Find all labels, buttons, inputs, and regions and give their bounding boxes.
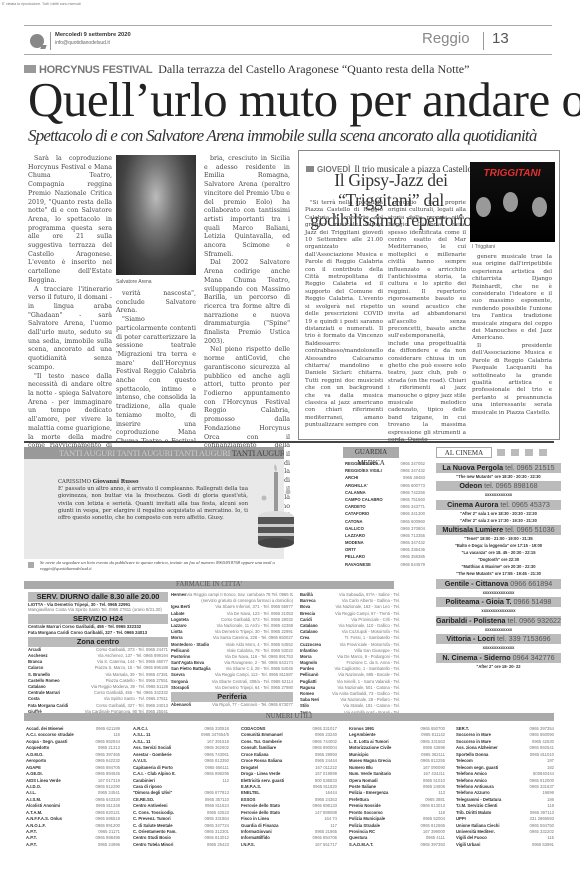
contact-email[interactable]: info@quotidianodelsud.it xyxy=(55,40,110,46)
numeri-utili-title: NUMERI UTILI xyxy=(24,713,554,721)
photo-caption: Salvatore Arena xyxy=(116,279,152,285)
section-divider xyxy=(24,441,554,443)
diurno-text: Mangiavillano Costa Via Spirito Santo Te… xyxy=(28,607,168,612)
cinema-name: La Nuova Pergola tel. 0965 21515 xyxy=(436,463,561,473)
periferia-title: Periferia xyxy=(171,692,293,702)
showtime: xxxxxxxxxxxxxx xyxy=(436,644,561,651)
copyright-notice: E' vietata la riproduzione. Tutti i diri… xyxy=(2,2,81,6)
showtime: "Balto e Doga: la leggenda" ore 17:15 - … xyxy=(436,542,561,549)
square-bullet-icon xyxy=(28,562,34,568)
header-divider xyxy=(50,32,51,50)
cinema-name: Multisala Lumiere tel. 0965 51036 xyxy=(436,525,561,535)
cinema-title: AL CINEMA xyxy=(436,447,492,458)
list-item: REGGIO/EX ECA0965 347052 xyxy=(345,460,425,467)
list-item: S.A.D.M.A.T.0965 397393 xyxy=(349,842,445,848)
list-item: CALANNA0965 742256 xyxy=(345,489,425,496)
farmacie-turno: SERV. DIURNO dalle 8.30 alle 20.00 LIOTT… xyxy=(28,592,168,715)
headline: Quell’urlo muto per andare oltre xyxy=(28,72,580,128)
list-item: A.P.T.0965 24996 xyxy=(26,842,120,848)
list-item: PELLARO0965 358385 xyxy=(345,553,425,560)
list-item: I.N.P.S.167 551717 xyxy=(241,842,337,848)
sidebar-column-2: orgoglio le proprie origini culturali, l… xyxy=(388,200,466,444)
list-item: AbenavoliVia Ripoli, 77 - Cannavò - Tel.… xyxy=(171,702,293,708)
sidebar-column-1: "Si terrà nella splendida Piazza Castell… xyxy=(305,200,383,430)
h24-title: SERVIZIO H24 xyxy=(28,614,168,624)
guardia-medica-list: REGGIO/EX ECA0965 347052 REGGIO/EX VIGIL… xyxy=(345,460,425,568)
paragraph: verità nascosta", conclude Salvatore Are… xyxy=(116,290,196,316)
birthday-name: Giovanni Russo xyxy=(93,479,139,485)
newspaper-logo-icon xyxy=(30,34,44,48)
cinema-listings: La Nuova Pergola tel. 0965 21515 "The ne… xyxy=(436,461,561,670)
birthday-banner: TANTI AUGURI TANTI AUGURI TANTI AUGURI T… xyxy=(24,447,284,459)
showtime: xxxxxxxxxxxxxx xyxy=(436,589,561,596)
square-decoration-icon xyxy=(539,449,547,456)
paragraph: A tracciare l'itinerario verso il futuro… xyxy=(28,286,112,373)
zona-centro-title: Zona centro xyxy=(28,637,168,647)
showtime: "Dogtooth" ore 22:30 xyxy=(436,556,561,563)
cinema-name: Odeon tel. 0965 898168 xyxy=(436,481,561,491)
cinema-name: Cinema Aurora tel. 0965 45373 xyxy=(436,500,561,510)
farmacie-periferia: BarillàVia Sabaudia, 67/A - Saline - Tel… xyxy=(300,592,400,716)
showtime: "Matthias & Maxime" ore 20:30 - 22:30 xyxy=(436,563,561,570)
list-item: GALLICO0965 370804 xyxy=(345,525,425,532)
numeri-utili-column-1: Accad. dei Misenei0965 621189 A.C.I. soc… xyxy=(26,726,120,848)
list-item: RAVAGNESE0965 644579 xyxy=(345,561,425,568)
cinema-name: Garibaldi - Polistena tel. 0966 932622 xyxy=(436,616,561,626)
showtime: "After 2" ore 18- 20- 22 xyxy=(436,663,561,670)
deck: Spettacolo di e con Salvatore Arena immo… xyxy=(28,126,537,146)
list-item: CARDETO0965 343771 xyxy=(345,503,425,510)
guardia-medica-title: GUARDIA MEDICA xyxy=(343,447,399,458)
showtime: "The new Mutants" ore 18:30 - 20:30 - 22… xyxy=(436,473,561,480)
showtime: "After 2" sala 2 ore 17:30 - 19:30 - 21:… xyxy=(436,517,561,524)
numeri-utili-column-2: A.R.C.I.0965 330518 A.S.L. 110965 347654… xyxy=(133,726,229,848)
paragraph: genere musicale trae la sua origine dall… xyxy=(472,254,552,343)
farmacie-middle: HermesVia Reggio campi II tronco, trav. … xyxy=(171,592,293,708)
cinema-name: Politeama - Gioia T. 0966 51498 xyxy=(436,597,561,607)
cinema-name: N. Cinema - Siderno 0964 342776 xyxy=(436,653,561,663)
showtime: xxxxxxxxxxxx xyxy=(436,491,561,498)
list-item: CATONA0965 600960 xyxy=(345,518,425,525)
paragraph: bria, cresciuto in Sicilia e adesso resi… xyxy=(204,155,290,259)
showtime: "La vacanza" ore 18. 45 - 20:30 - 22:15 xyxy=(436,549,561,556)
diurno-title: SERV. DIURNO dalle 8.30 alle 20.00 xyxy=(28,592,168,602)
numeri-utili-column-5: SER.T.0965 397354 Soccorso in Mare0965 6… xyxy=(456,726,554,848)
showtime: "The New Mutants" ore 17:55 - 19:45 - 21… xyxy=(436,570,561,577)
showtime: xxxxxxxxxxxx xyxy=(436,626,561,633)
photo-caption: I Triggitani xyxy=(472,244,495,250)
list-item: LAZZARO0965 713355 xyxy=(345,532,425,539)
birthday-message: CARISSIMO Giovanni Russo E' passato un a… xyxy=(58,479,248,522)
paragraph: Sarà la coproduzione Horcynus Festival e… xyxy=(28,155,112,286)
sidebar-column-3: genere musicale trae la sua origine dall… xyxy=(472,254,552,417)
issue-date: Mercoledì 9 settembre 2020 xyxy=(55,32,131,38)
list-item: ORTI'0965 336436 xyxy=(345,546,425,553)
showtime: xxxxxxxxxxxxxxx xyxy=(436,607,561,614)
birthday-cake-icon xyxy=(258,462,294,552)
photo-title-text: TRIGGITANI xyxy=(472,168,552,179)
header-divider xyxy=(483,32,484,50)
cinema-name: Gentile - Cittanova 0966 661894 xyxy=(436,579,561,589)
square-decoration-icon xyxy=(525,449,533,456)
numeri-utili-column-4: Kronos 19910965 650700 LegAmbiente0965 8… xyxy=(349,726,445,848)
list-item: StorapoliVia Demetrio Tripepi, 64 - Tel.… xyxy=(171,685,293,691)
showtime: "After 2" sala 1 ore 18:30 - 20:30 - 22:… xyxy=(436,510,561,517)
page-number: 13 xyxy=(492,30,509,47)
photo-salvatore-arena xyxy=(116,155,196,275)
square-decoration-icon xyxy=(497,449,505,456)
list-item: ARCHI0965 48483 xyxy=(345,474,425,481)
paragraph: Il presidente dell'Associazione Musica e… xyxy=(472,343,552,417)
list-item: ARGHILLA'0965 600773 xyxy=(345,482,425,489)
square-decoration-icon xyxy=(511,449,519,456)
h24-text: Fata Morgana Caridi Corso Garibaldi, 327… xyxy=(28,630,168,635)
list-item: Centro Tutela Minori0965 25423 xyxy=(133,842,229,848)
showtime: "Tenet" 18:00 - 21:00 - 19:00 - 21:35 xyxy=(436,535,561,542)
submission-note: Se avete da segnalare un lieto evento da… xyxy=(40,560,280,572)
list-item: CATAFORIO0965 341300 xyxy=(345,510,425,517)
paragraph: "Si terrà nella splendida Piazza Castell… xyxy=(305,200,383,430)
list-item: Vigili Urbani0965 53991 xyxy=(456,842,554,848)
section-name: Reggio xyxy=(422,30,470,47)
list-item: REGGIO/EX VIGILI0965 347432 xyxy=(345,467,425,474)
farmacie-title: FARMACIE IN CITTA' xyxy=(24,581,394,589)
numeri-utili-column-3: CODACONS0965 331017 Comunità Emmanuel096… xyxy=(241,726,337,848)
paragraph: Dal 2002 Salvatore Arena codirige anche … xyxy=(204,259,290,346)
birthday-text: E' passato un altro anno, è arrivato il … xyxy=(58,486,248,521)
list-item: CAMPO CALABRO0965 751560 xyxy=(345,496,425,503)
cinema-name: Vittoria - Locri tel. 339 7153696 xyxy=(436,634,561,644)
list-item: MODENA0965 347432 xyxy=(345,539,425,546)
paragraph: orgoglio le proprie origini culturali, l… xyxy=(388,200,466,444)
